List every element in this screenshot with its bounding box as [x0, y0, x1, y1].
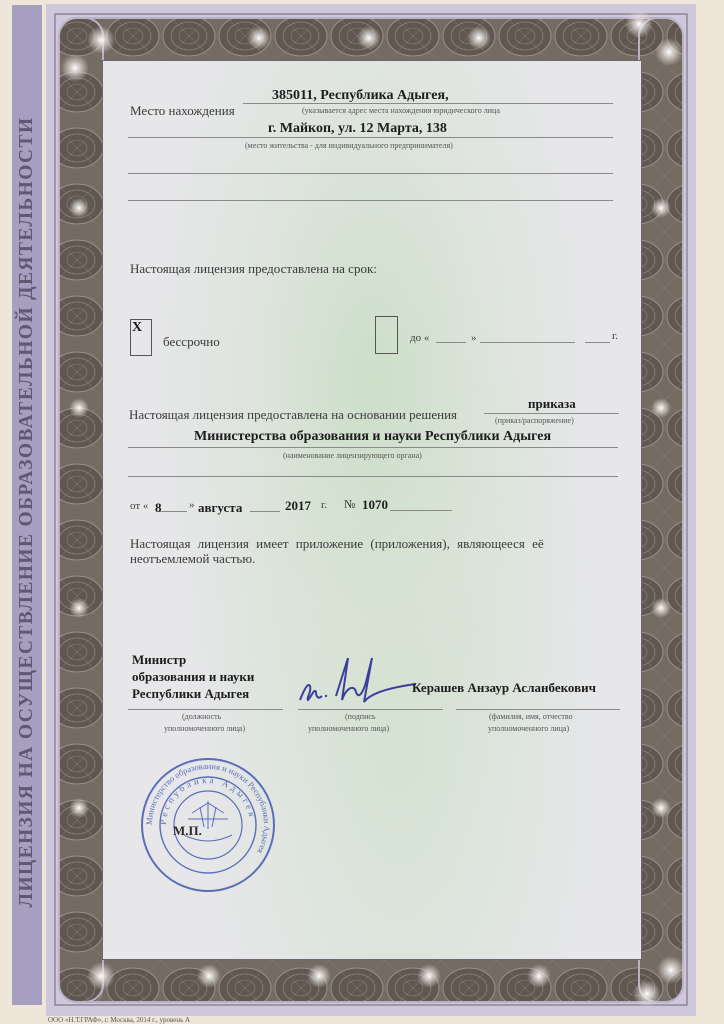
date-day-rule [160, 511, 187, 512]
hint-position-2: уполномоченного лица) [164, 724, 245, 733]
term-indefinite-label: бессрочно [163, 334, 220, 350]
basis-decision-type: приказа [528, 396, 576, 412]
location-line2-value: г. Майкоп, ул. 12 Марта, 138 [268, 121, 447, 137]
term-until-year-rule [585, 342, 610, 343]
basis-heading: Настоящая лицензия предоставлена на осно… [129, 407, 457, 423]
hint-position-1: (должность [182, 712, 221, 721]
date-number-label: № [344, 497, 355, 512]
signatory-name: Керашев Анзаур Асланбекович [412, 680, 596, 696]
basis-decision-hint: (приказ/распоряжение) [495, 416, 574, 425]
location-line1-rule [243, 103, 613, 104]
position-rule [128, 709, 283, 710]
order-number: 1070 [362, 497, 388, 513]
hint-signature-2: уполномоченного лица) [308, 724, 389, 733]
basis-decision-rule [484, 413, 619, 414]
basis-authority: Министерства образования и науки Республ… [194, 429, 551, 445]
appendix-line1: Настоящая лицензия имеет приложение (при… [130, 536, 544, 552]
location-line1-hint: (указывается адрес места нахождения юрид… [302, 106, 500, 115]
date-month: августа [198, 500, 242, 516]
order-number-rule [390, 510, 452, 511]
term-heading: Настоящая лицензия предоставлена на срок… [130, 261, 377, 277]
date-year: 2017 [285, 498, 311, 514]
date-day: 8 [155, 500, 162, 516]
signatory-position-line3: Республики Адыгея [132, 686, 249, 702]
signature-rule [298, 709, 443, 710]
hint-name-1: (фамилия, имя, отчество [489, 712, 573, 721]
signatory-position-line2: образования и науки [132, 669, 254, 685]
term-until-close-quote: » [471, 332, 477, 344]
location-line2-hint: (место жительства - для индивидуального … [245, 141, 453, 150]
location-line4-rule [128, 200, 613, 201]
date-from-label: от « [130, 500, 148, 512]
term-until-day-rule [436, 342, 466, 343]
signature [296, 652, 416, 704]
stamp-label: М.П. [173, 823, 202, 839]
appendix-line2: неотъемлемой частью. [130, 551, 255, 567]
signatory-position-line1: Министр [132, 652, 186, 668]
date-close-quote: » [189, 499, 195, 511]
official-seal: Министерство образования и науки Республ… [140, 757, 276, 893]
term-until-month-rule [480, 342, 575, 343]
basis-extra-rule [128, 476, 618, 477]
checkbox-indefinite-mark: X [132, 320, 142, 336]
printer-note: ООО «Н.Т.ГРАФ», г. Москва, 2014 г., уров… [48, 1016, 190, 1024]
location-label: Место нахождения [130, 103, 235, 119]
checkbox-indefinite[interactable]: X [130, 319, 152, 356]
hint-name-2: уполномоченного лица) [488, 724, 569, 733]
hint-signature-1: (подпись [345, 712, 376, 721]
basis-authority-rule [128, 447, 618, 448]
location-line2-rule [128, 137, 613, 138]
spine-title: ЛИЦЕНЗИЯ НА ОСУЩЕСТВЛЕНИЕ ОБРАЗОВАТЕЛЬНО… [16, 117, 38, 908]
location-line1-value: 385011, Республика Адыгея, [272, 88, 449, 104]
name-rule [456, 709, 620, 710]
term-until-prefix: до « [410, 332, 429, 344]
basis-authority-hint: (наименование лицензирующего органа) [283, 451, 422, 460]
date-month-rule [250, 511, 280, 512]
term-until-suffix: г. [612, 330, 618, 342]
location-line3-rule [128, 173, 613, 174]
checkbox-until-date[interactable] [375, 316, 398, 354]
date-year-suffix: г. [321, 499, 327, 511]
